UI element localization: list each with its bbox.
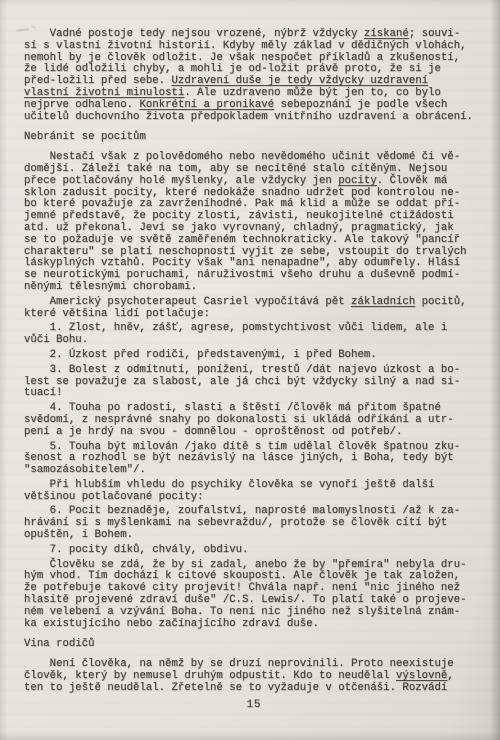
paragraph: Při hlubším vhledu do psychiky člověka s… [24, 480, 484, 504]
section-heading: Vina rodičů [24, 639, 484, 651]
underlined-text: získané [364, 28, 409, 40]
paragraph: Vadné postoje tedy nejsou vrozené, nýbrž… [24, 29, 484, 123]
text-run: bo které považuje za zavrženíhodné. Pak … [24, 198, 460, 210]
paragraph: Není člověka, na němž by se druzí neprov… [24, 659, 484, 694]
section-heading: Nebránit se pocitům [24, 132, 484, 144]
text-line: tuací! [24, 388, 484, 400]
text-run: Nebránit se pocitům [24, 131, 146, 143]
underlined-text: pocity [338, 175, 376, 187]
text-run: vůči Bohu. [24, 334, 88, 346]
text-line: opuštěn, i Bohem. [24, 530, 484, 542]
text-run: 3. Bolest z odmítnutí, ponížení, trestů … [24, 364, 460, 376]
text-run: Při hlubším vhledu do psychiky člověka s… [24, 479, 434, 491]
text-run: se to požaduje ve světě zaměřeném techno… [24, 234, 460, 246]
text-line: lest se považuje za slabost, ale já chci… [24, 377, 484, 389]
text-run: Člověku se zdá, že by si zadal, anebo že… [24, 559, 467, 571]
underlined-text: Uzdravení duše je tedy vždycky uzdravení [172, 75, 429, 87]
list-item: 5. Touha být milován /jako dítě s tím ud… [24, 442, 484, 477]
text-run: . Ale uzdraveno může být jen to, co bylo [184, 87, 441, 99]
underlined-text: výslovně [396, 670, 447, 682]
text-run: pocitů, [415, 296, 466, 308]
text-run: šenost a rozhodl se být nezávislý na lás… [24, 452, 454, 464]
text-run: lest se považuje za slabost, ale já chci… [24, 376, 460, 388]
text-run: sklon zadusit pocity, které nedokáže sna… [24, 187, 460, 199]
text-run: "samozásobitelem"/. [24, 464, 146, 476]
list-item: 1. Zlost, hněv, zášť, agrese, pomstychti… [24, 323, 484, 347]
underlined-text: vlastní životní minulosti [24, 87, 184, 99]
paragraph: Nestačí však z polovědomého nebo nevědom… [24, 152, 484, 294]
text-run: hlasitě projevené zdraví duše" /C.S. Lew… [24, 594, 467, 606]
text-run: tuací! [24, 387, 62, 399]
text-run: že lidé odložili chyby, a mohli je od-lo… [24, 63, 441, 75]
text-run: nemohl by je člověk odložit. Je však nes… [24, 52, 460, 64]
text-run: pení a je hrdý na svou - domnělou - opro… [24, 426, 402, 438]
text-run: hým vhod. Tím dochází k citové skouposti… [24, 570, 460, 582]
text-run: Není člověka, na němž by se druzí neprov… [24, 658, 454, 670]
text-run: většinou potlačované pocity: [24, 491, 204, 503]
scanned-page: Vadné postoje tedy nejsou vrozené, nýbrž… [0, 0, 500, 740]
text-run: 5. Touha být milován /jako dítě s tím ud… [24, 441, 460, 453]
text-run: domější. Záleží také na tom, aby se necí… [24, 163, 447, 175]
text-line: Vina rodičů [24, 639, 484, 651]
text-line: většinou potlačované pocity: [24, 492, 484, 504]
text-run: , [447, 670, 453, 682]
text-run: opuštěn, i Bohem. [24, 529, 133, 541]
text-run: ném velebení a vzývání Boha. To není nic… [24, 606, 460, 618]
text-run: že potřebuje takové city projevit! Chvál… [24, 582, 460, 594]
text-run: ka existujícího nebo začínajícího zdraví… [24, 618, 319, 630]
text-line: Nebránit se pocitům [24, 132, 484, 144]
list-item: 7. pocity díků, chvály, obdivu. [24, 545, 484, 557]
text-run: sebepoznání je podle všech [274, 99, 447, 111]
text-run: Americký psychoterapeut Casriel vypočítá… [24, 296, 351, 308]
text-run: 4. Touha po radosti, slasti a štěstí /čl… [24, 402, 441, 414]
text-run: charakteru" se platí neschopností vyjít … [24, 246, 467, 258]
text-run: Nestačí však z polovědomého nebo nevědom… [24, 151, 460, 163]
text-run: atd. už překonal. Jeví se jako vyrovnaný… [24, 222, 454, 234]
text-run: před-ložili před sebe. [24, 75, 172, 87]
text-run: učitelů duchovního života předpokladem v… [24, 111, 473, 123]
text-run: ; souvi- [409, 28, 460, 40]
text-run: svědomí, z nesprávné snahy po dokonalost… [24, 414, 454, 426]
text-run: které většina lidí potlačuje: [24, 308, 210, 320]
page-number: 15 [24, 700, 484, 712]
text-run: Vina rodičů [24, 638, 95, 650]
list-item: 3. Bolest z odmítnutí, ponížení, trestů … [24, 365, 484, 400]
text-run: 1. Zlost, hněv, zášť, agrese, pomstychti… [24, 322, 447, 334]
paragraph: Americký psychoterapeut Casriel vypočítá… [24, 297, 484, 321]
text-run: jemné představě, že pocity zlosti, závis… [24, 210, 454, 222]
text-run: 6. Pocit beznaděje, zoufalství, naprosté… [24, 505, 460, 517]
paragraph: Člověku se zdá, že by si zadal, anebo že… [24, 560, 484, 631]
text-run: se neurotickými poruchami, náruživostmi … [24, 269, 460, 281]
text-run: Vadné postoje tedy nejsou vrozené, nýbrž… [24, 28, 364, 40]
text-run: 2. Úzkost před rodiči, představenými, i … [24, 349, 377, 361]
text-line: 7. pocity díků, chvály, obdivu. [24, 545, 484, 557]
text-line: 1. Zlost, hněv, zášť, agrese, pomstychti… [24, 323, 484, 335]
text-run: nejprve odhaleno. [24, 99, 139, 111]
text-run: sí s vlastní životní historií. Kdyby měl… [24, 40, 467, 52]
page-text: Vadné postoje tedy nejsou vrozené, nýbrž… [24, 29, 484, 711]
list-item: 2. Úzkost před rodiči, představenými, i … [24, 350, 484, 362]
underlined-text: Konkrétní a pronikavé [139, 99, 274, 111]
text-line: 2. Úzkost před rodiči, představenými, i … [24, 350, 484, 362]
text-line: pení a je hrdý na svou - domnělou - opro… [24, 427, 484, 439]
text-run: člověk, který by nemusel druhým odpustit… [24, 670, 396, 682]
text-line: které většina lidí potlačuje: [24, 309, 484, 321]
text-line: "samozásobitelem"/. [24, 465, 484, 477]
text-line: ten to ještě neudělal. Zřetelně se to vy… [24, 683, 484, 695]
text-line: ka existujícího nebo začínajícího zdraví… [24, 619, 484, 631]
text-line: něnými tělesnými chorobami. [24, 282, 484, 294]
text-run: hrávání si s myšlenkami na sebevraždu/, … [24, 517, 447, 529]
list-item: 4. Touha po radosti, slasti a štěstí /čl… [24, 403, 484, 438]
text-run: 7. pocity díků, chvály, obdivu. [24, 544, 248, 556]
text-line: učitelů duchovního života předpokladem v… [24, 112, 484, 124]
underlined-text: základních [351, 296, 415, 308]
text-run: . Člověk má [377, 175, 448, 187]
text-run: láskyplných vztahů. Pocity však "ani nen… [24, 257, 460, 269]
text-run: ten to ještě neudělal. Zřetelně se to vy… [24, 682, 447, 694]
list-item: 6. Pocit beznaděje, zoufalství, naprosté… [24, 506, 484, 541]
text-run: přece potlačovány holé myšlenky, ale vžd… [24, 175, 338, 187]
text-run: něnými tělesnými chorobami. [24, 281, 197, 293]
text-line: vůči Bohu. [24, 335, 484, 347]
